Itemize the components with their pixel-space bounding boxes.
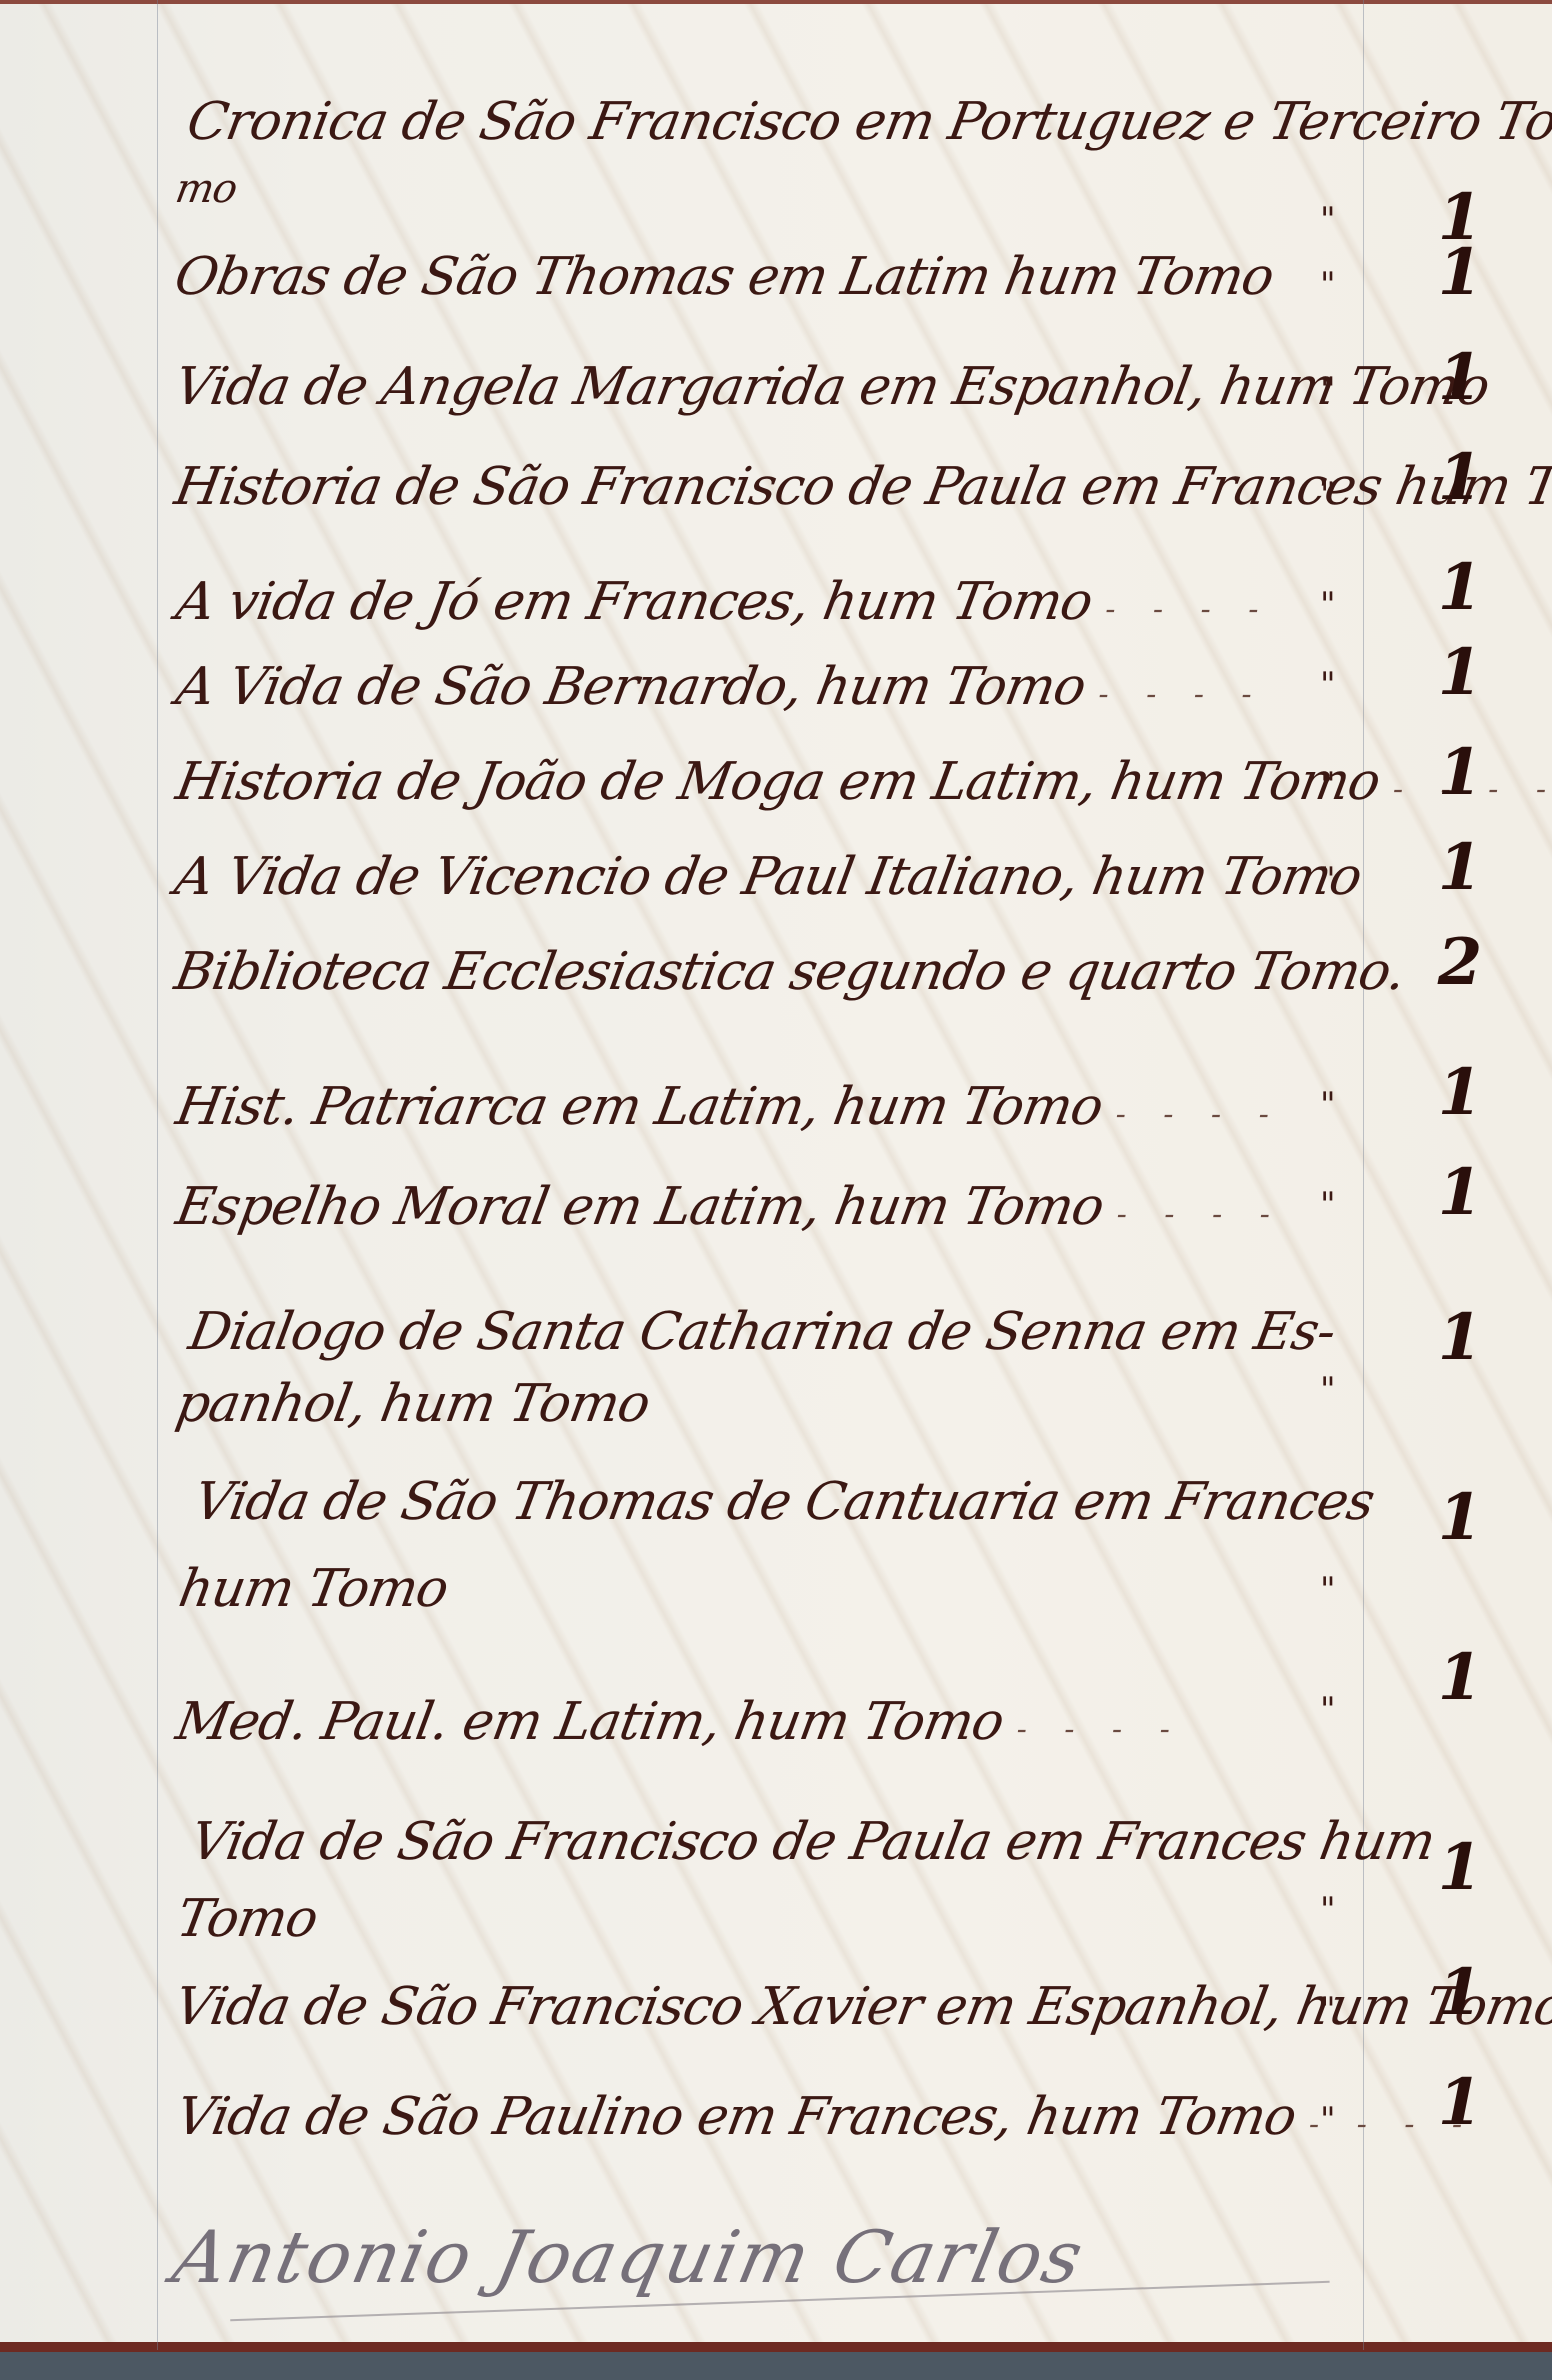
ditto-mark: " (1320, 585, 1360, 625)
ditto-mark: " (1320, 665, 1360, 705)
entry-title: A vida de Jó em Frances, hum Tomo (172, 572, 1097, 632)
entry-continuation: hum Tomo (170, 1534, 1379, 1644)
entry-count: 1 (1420, 635, 1500, 710)
entry-count: 1 (1420, 1640, 1500, 1715)
inventory-entry: A Vida de Vicencio de Paul Italiano, hum… (170, 845, 1371, 909)
inventory-entry: Biblioteca Ecclesiastica segundo e quart… (170, 940, 1371, 1004)
ditto-mark: " (1320, 1085, 1360, 1125)
ditto-mark: " (1320, 1690, 1360, 1730)
ditto-mark: " (1320, 1185, 1360, 1225)
entry-count: 1 (1420, 1830, 1500, 1905)
inventory-entry: A Vida de São Bernardo, hum Tomo - - - - (170, 655, 1373, 727)
inventory-entry: Vida de São Francisco Xavier em Espanhol… (170, 1975, 1371, 2039)
entry-count: 1 (1420, 2065, 1500, 2140)
entry-count: 1 (1420, 1155, 1500, 1230)
inventory-entry: Med. Paul. em Latim, hum Tomo - - - - (170, 1690, 1373, 1762)
ditto-mark: " (1320, 475, 1360, 515)
ditto-mark: " (1320, 265, 1360, 305)
entry-count: 1 (1420, 1480, 1500, 1555)
entry-continuation: Tomo (170, 1874, 1376, 1964)
entry-title: Vida de São Thomas de Cantuaria em Franc… (190, 1472, 1379, 1532)
inventory-entry: Cronica de São Francisco em Portuguez e … (170, 90, 1384, 224)
entry-title: Cronica de São Francisco em Portuguez e … (183, 92, 1552, 152)
inventory-entry: Vida de Angela Margarida em Espanhol, hu… (170, 355, 1371, 419)
inventory-entry: Vida de São Francisco de Paula em France… (170, 1810, 1387, 1964)
manuscript-page: Cronica de São Francisco em Portuguez e … (0, 0, 1552, 2352)
inventory-entry: A vida de Jó em Frances, hum Tomo - - - … (170, 570, 1373, 642)
entry-title: Historia de João de Moga em Latim, hum T… (172, 752, 1384, 812)
filler-dashes: - - - - (1102, 592, 1275, 627)
entry-count: 1 (1420, 1055, 1500, 1130)
entry-count: 1 (1420, 550, 1500, 625)
entry-count: 1 (1420, 1955, 1500, 2030)
entry-title: Dialogo de Santa Catharina de Senna em E… (184, 1302, 1339, 1362)
inventory-entry: Obras de São Thomas em Latim hum Tomo (170, 245, 1371, 309)
ditto-mark: " (1320, 1570, 1360, 1610)
entry-title: Espelho Moral em Latim, hum Tomo (172, 1177, 1108, 1237)
ditto-mark: " (1320, 1370, 1360, 1410)
entry-title: Obras de São Thomas em Latim hum Tomo (170, 247, 1278, 307)
entry-title: Vida de São Paulino em Frances, hum Tomo (172, 2087, 1301, 2147)
entry-title: Vida de Angela Margarida em Espanhol, hu… (170, 357, 1493, 417)
entry-title: Vida de São Francisco de Paula em France… (186, 1812, 1439, 1872)
inventory-entry: Dialogo de Santa Catharina de Senna em E… (170, 1300, 1385, 1444)
entry-title: A Vida de Vicencio de Paul Italiano, hum… (170, 847, 1365, 907)
entry-title: Biblioteca Ecclesiastica segundo e quart… (170, 942, 1409, 1002)
inventory-entry: Vida de São Paulino em Frances, hum Tomo… (170, 2085, 1373, 2157)
inventory-entry: Espelho Moral em Latim, hum Tomo - - - - (170, 1175, 1373, 1247)
entry-continuation: panhol, hum Tomo (170, 1364, 1374, 1444)
filler-dashes: - - - - (1014, 1712, 1187, 1747)
entry-count: 1 (1420, 440, 1500, 515)
inventory-entry: Vida de São Thomas de Cantuaria em Franc… (170, 1470, 1391, 1644)
inventory-entry: Hist. Patriarca em Latim, hum Tomo - - -… (170, 1075, 1373, 1147)
ditto-mark: " (1320, 370, 1360, 410)
entry-title: A Vida de São Bernardo, hum Tomo (172, 657, 1090, 717)
ditto-mark: " (1320, 1990, 1360, 2030)
entry-count: 1 (1420, 735, 1500, 810)
inventory-entry: Historia de São Francisco de Paula em Fr… (170, 455, 1371, 519)
entry-count: 1 (1420, 235, 1500, 310)
left-margin-rule (157, 0, 158, 2350)
ditto-mark: " (1320, 2100, 1360, 2140)
entry-count: 1 (1420, 340, 1500, 415)
filler-dashes: - - - - (1096, 677, 1269, 712)
entry-count: 1 (1420, 1300, 1500, 1375)
filler-dashes: - - - - (1113, 1097, 1286, 1132)
filler-dashes: - - - - (1114, 1197, 1287, 1232)
entry-count: 2 (1420, 925, 1500, 1000)
ditto-mark: " (1320, 1890, 1360, 1930)
ditto-mark: " (1320, 765, 1360, 805)
background-surface (0, 2352, 1552, 2380)
ditto-mark: " (1320, 200, 1360, 240)
entry-count: 1 (1420, 830, 1500, 905)
inventory-entry: Historia de João de Moga em Latim, hum T… (170, 750, 1373, 822)
entry-title: Med. Paul. em Latim, hum Tomo (172, 1692, 1008, 1752)
page-top-edge (0, 0, 1552, 4)
ditto-mark: " (1320, 860, 1360, 900)
entry-title: Hist. Patriarca em Latim, hum Tomo (172, 1077, 1107, 1137)
entry-continuation: mo (170, 154, 1372, 224)
